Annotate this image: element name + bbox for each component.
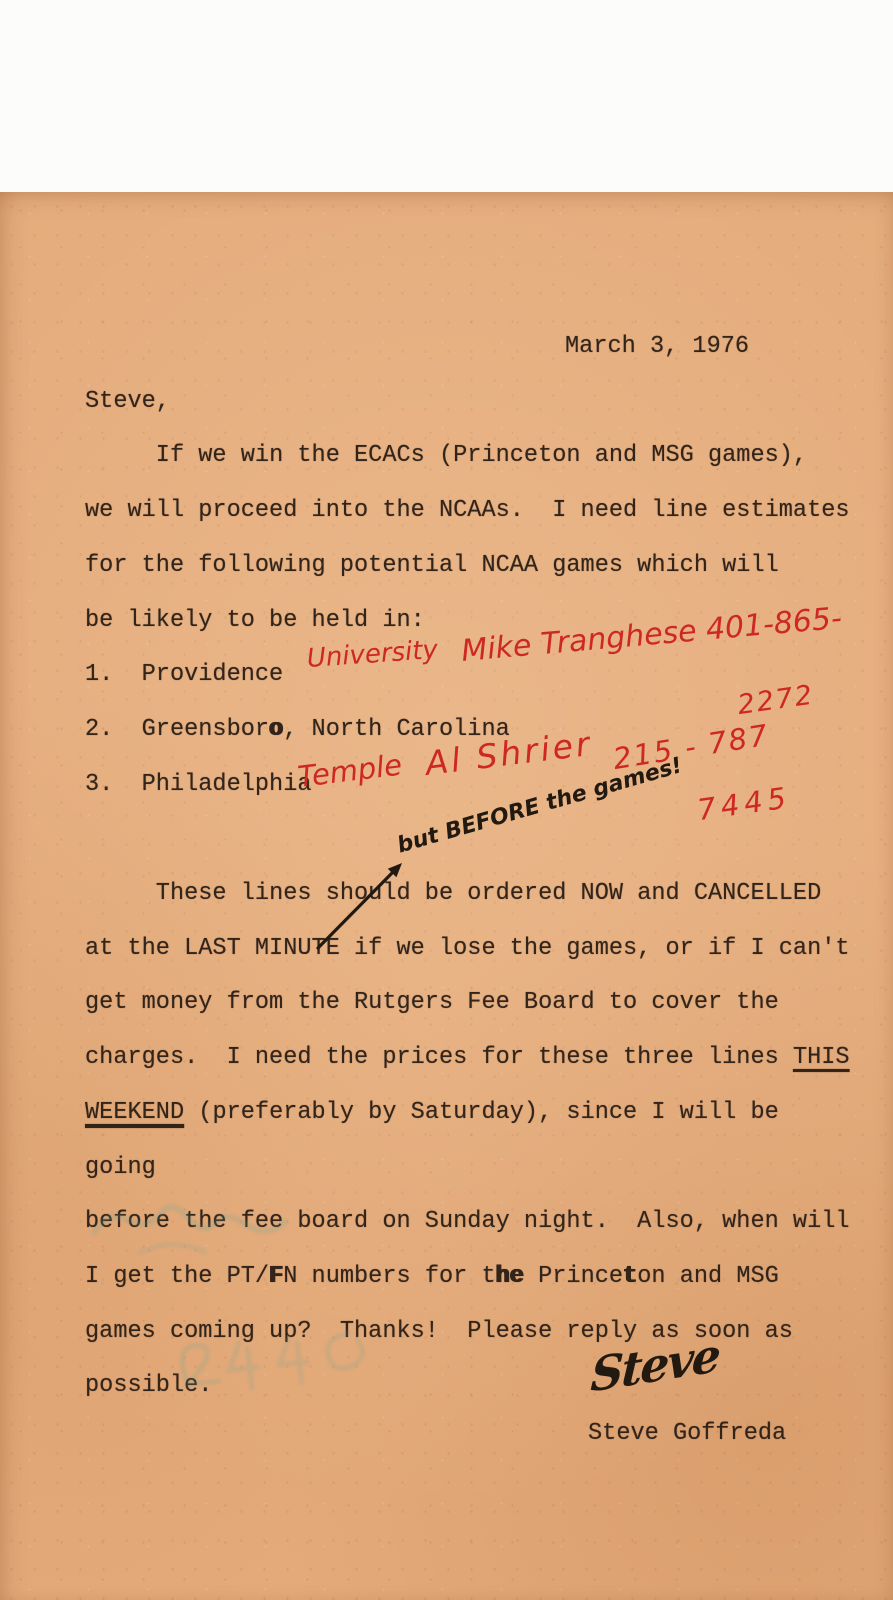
letter-text-segment: Prince [524, 1263, 623, 1290]
letter-line: I get the PT/FN numbers for the Princeto… [85, 1250, 857, 1305]
letter-text-segment: WEEKEND [85, 1099, 184, 1126]
letter-line: before the fee board on Sunday night. Al… [85, 1195, 857, 1250]
letter-line: possible. [85, 1359, 857, 1414]
letter-text-segment: we will proceed into the NCAAs. I need l… [85, 497, 850, 524]
letter-text-segment: 1. Providence [85, 661, 283, 688]
letter-text-segment: he [496, 1263, 524, 1290]
letter-line: If we win the ECACs (Princeton and MSG g… [85, 429, 857, 484]
typed-signature-name: Steve Goffreda [588, 1420, 786, 1447]
letter-body: March 3, 1976 Steve, If we win the ECACs… [85, 320, 857, 1414]
letter-line: games coming up? Thanks! Please reply as… [85, 1305, 857, 1360]
letter-date: March 3, 1976 [85, 320, 857, 375]
letter-line: at the LAST MINUTE if we lose the games,… [85, 922, 857, 977]
letter-text-segment: 2. Greensbor [85, 716, 269, 743]
letter-text-segment: (preferably by Saturday), since I will b… [85, 1099, 793, 1181]
letter-text-segment: o [269, 716, 283, 743]
letter-text-segment: get money from the Rutgers Fee Board to … [85, 989, 779, 1016]
letter-text-segment: before the fee board on Sunday night. Al… [85, 1208, 850, 1235]
scanner-background [0, 0, 893, 193]
letter-text-segment: F [269, 1263, 283, 1290]
letter-line: for the following potential NCAA games w… [85, 539, 857, 594]
letter-text-segment: for the following potential NCAA games w… [85, 552, 779, 579]
letter-text-segment: 3. Philadelphia [85, 771, 312, 798]
letter-line: get money from the Rutgers Fee Board to … [85, 976, 857, 1031]
letter-text-segment: on and MSG [637, 1263, 779, 1290]
letter-greeting: Steve, [85, 375, 857, 430]
letter-text-segment: These lines should be ordered NOW and CA… [85, 880, 821, 907]
letter-text-segment: If we win the ECACs (Princeton and MSG g… [85, 442, 807, 469]
letter-line: These lines should be ordered NOW and CA… [85, 867, 857, 922]
letter-text-segment: t [623, 1263, 637, 1290]
letter-text-segment: I get the PT/ [85, 1263, 269, 1290]
letter-text-segment: at the LAST MINUTE if we lose the games,… [85, 935, 850, 962]
letter-line: WEEKEND (preferably by Saturday), since … [85, 1086, 857, 1195]
letter-lines: If we win the ECACs (Princeton and MSG g… [85, 429, 857, 1414]
scanned-letter: March 3, 1976 Steve, If we win the ECACs… [0, 0, 893, 1600]
letter-text-segment: THIS [793, 1044, 850, 1071]
letter-paper: March 3, 1976 Steve, If we win the ECACs… [0, 192, 893, 1600]
letter-text-segment: be likely to be held in: [85, 607, 425, 634]
letter-line: charges. I need the prices for these thr… [85, 1031, 857, 1086]
letter-text-segment: N numbers for t [283, 1263, 495, 1290]
letter-text-segment: possible. [85, 1372, 212, 1399]
letter-line: we will proceed into the NCAAs. I need l… [85, 484, 857, 539]
letter-text-segment: charges. I need the prices for these thr… [85, 1044, 793, 1071]
